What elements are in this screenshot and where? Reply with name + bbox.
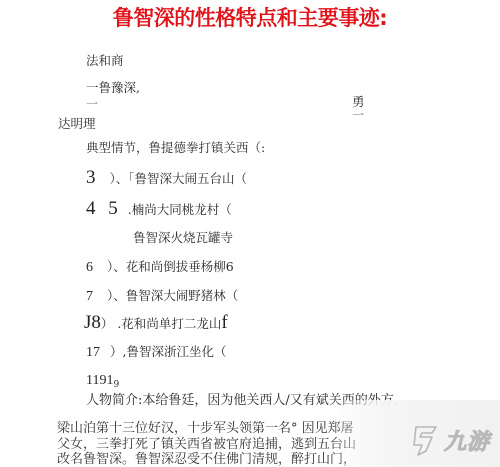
text-line-da-ming-li: 达明理 bbox=[58, 116, 96, 132]
list-item-6: 6 ）、花和尚倒拔垂杨柳6 bbox=[86, 259, 234, 276]
text-line-huo-shao: 鲁智深火烧瓦罐寺 bbox=[133, 230, 233, 246]
list-number: J8 bbox=[84, 312, 101, 333]
jiuyou-logo-icon bbox=[408, 423, 442, 457]
list-text: ）、花和尚倒拔垂杨柳6 bbox=[107, 259, 234, 274]
text-line-1191: 11919 bbox=[86, 372, 119, 393]
text-line-fa-he-shang: 法和商 bbox=[86, 53, 124, 69]
subscript-value: 9 bbox=[113, 380, 119, 390]
list-text: ）,鲁智深浙江坐化（ bbox=[110, 344, 226, 359]
list-number: 17 bbox=[86, 345, 100, 360]
list-item-3: 3 ）、「鲁智深大闹五台山（ bbox=[86, 170, 247, 187]
list-number: 3 bbox=[86, 167, 96, 188]
dash-mark-left: 一 bbox=[86, 95, 98, 112]
list-tail: f bbox=[221, 312, 227, 333]
watermark-text: 九游 bbox=[444, 425, 490, 456]
dash-mark-right: 一 bbox=[352, 106, 364, 123]
watermark: 九游 bbox=[408, 420, 498, 460]
list-text: ）、鲁智深大闹野猪林（ bbox=[107, 288, 238, 303]
list-number: 4 5 bbox=[86, 198, 122, 219]
list-text: ） .花和尚单打二龙山 bbox=[101, 316, 221, 331]
page-title: 鲁智深的性格特点和主要事迹: bbox=[0, 2, 500, 32]
text-line-typical-plot: 典型情节，鲁提德拳打镇关西（: bbox=[86, 140, 265, 156]
list-item-17: 17 ）,鲁智深浙江坐化（ bbox=[86, 344, 226, 361]
list-item-4-5: 4 5 .楠尚大同桃龙村（ bbox=[86, 201, 232, 218]
list-text: .楠尚大同桃龙村（ bbox=[128, 202, 232, 217]
number-value: 1191 bbox=[86, 373, 113, 388]
text-line-lu-yu-shen: 一鲁豫深, bbox=[86, 80, 140, 96]
list-text: ）、「鲁智深大闹五台山（ bbox=[109, 171, 247, 186]
list-number: 7 bbox=[86, 289, 93, 304]
list-number: 6 bbox=[86, 260, 93, 275]
list-item-8: J8） .花和尚单打二龙山f bbox=[84, 315, 228, 332]
list-item-7: 7 ）、鲁智深大闹野猪林（ bbox=[86, 288, 238, 305]
